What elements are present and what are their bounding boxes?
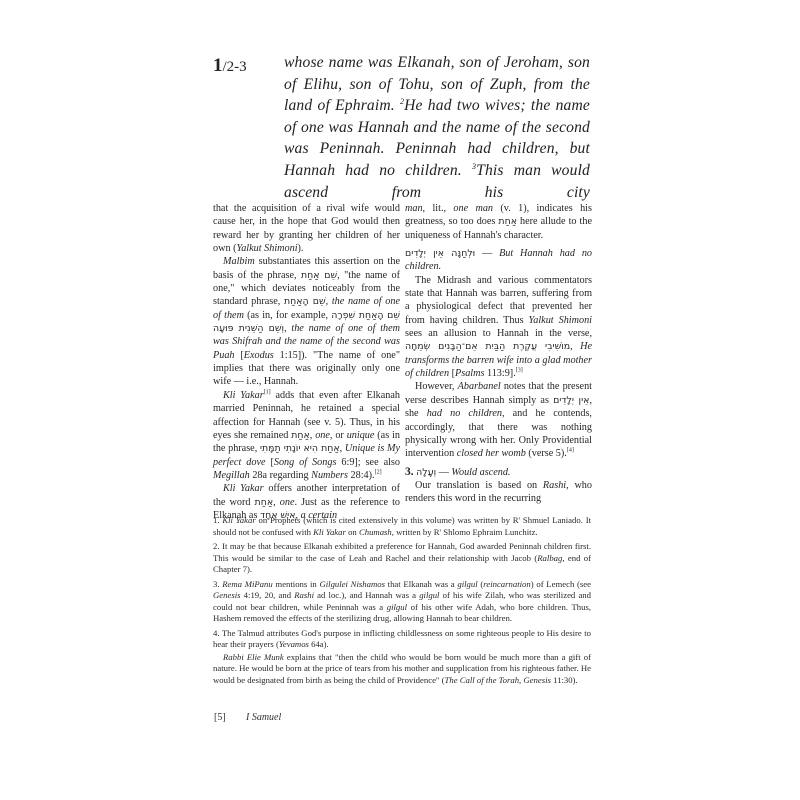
text-span: 11:30).: [551, 675, 578, 685]
text-span: gilgul: [457, 579, 477, 589]
commentary-column-left: that the acquisition of a rival wife wou…: [213, 202, 400, 522]
commentary-paragraph: Kli Yakar[1] adds that even after Elkana…: [213, 389, 400, 482]
footnote-ref[interactable]: [2]: [375, 469, 382, 475]
text-span: 113:9].: [484, 368, 515, 379]
text-span: gilgul: [419, 590, 439, 600]
text-span: It may be that because Elkanah exhibited…: [213, 541, 591, 563]
text-span: Malbim: [223, 256, 255, 267]
text-span: Would ascend.: [451, 467, 510, 478]
text-span: , or: [330, 430, 347, 441]
text-span: —: [475, 248, 499, 259]
footnote-4-continuation: Rabbi Elie Munk explains that "then the …: [213, 652, 591, 687]
text-span: [: [265, 457, 273, 468]
text-span: 1.: [213, 515, 222, 525]
footnote-3: 3. Rema MiPanu mentions in Gilgulei Nish…: [213, 579, 591, 625]
footnotes-section: 1. Kli Yakar on Prophets (which is cited…: [213, 515, 591, 689]
text-span: Yevamos: [279, 639, 309, 649]
text-span: Gilgulei Nishamos: [319, 579, 384, 589]
text-span: Abarbanel: [458, 381, 501, 392]
footnote-4: 4. The Talmud attributes God's purpose i…: [213, 628, 591, 651]
text-span: ad loc.), and Hannah was a: [314, 590, 419, 600]
text-span: gilgul: [387, 602, 407, 612]
text-span: אַחַת: [498, 216, 517, 227]
text-span: Song of Songs: [274, 457, 337, 468]
text-span: Chumash: [359, 527, 392, 537]
text-span: that Elkanah was a: [385, 579, 457, 589]
text-span: reincarnation: [483, 579, 530, 589]
text-span: Kli Yakar: [222, 515, 255, 525]
book-page: 1/2-3 whose name was Elkanah, son of Jer…: [0, 0, 800, 800]
text-span: (verse 5).: [526, 448, 567, 459]
footnote-2: 2. It may be that because Elkanah exhibi…: [213, 541, 591, 576]
text-span: —: [436, 467, 451, 478]
lemma-heading: 3. וְעָלָה — Would ascend.: [405, 466, 592, 479]
commentary-paragraph: However, Abarbanel notes that the presen…: [405, 380, 592, 460]
verse-translation: whose name was Elkanah, son of Jeroham, …: [284, 52, 590, 203]
commentary-paragraph: The Midrash and various commentators sta…: [405, 274, 592, 381]
text-span: The Talmud attributes God's purpose in i…: [213, 628, 591, 650]
footnote-1: 1. Kli Yakar on Prophets (which is cited…: [213, 515, 591, 538]
text-span: ,: [570, 341, 580, 352]
text-span: one: [315, 430, 330, 441]
text-span: 28a regarding: [250, 470, 311, 481]
text-span: Genesis: [213, 590, 241, 600]
chapter-verse-reference: 1/2-3: [213, 55, 247, 77]
text-span: שֵׁם אַחַת: [301, 270, 337, 281]
text-span: 6:9]; see also: [336, 457, 400, 468]
text-span: אַחַת: [291, 430, 310, 441]
text-span: Rashi: [543, 480, 566, 491]
text-span: (as in, for example,: [244, 310, 331, 321]
text-span: וּלְחַנָּה אֵין יְלָדִים: [405, 248, 475, 259]
commentary-column-right: man, lit., one man (v. 1), indicates his…: [405, 202, 592, 506]
text-span: , written by R' Shlomo Ephraim Lunchitz.: [392, 527, 538, 537]
text-span: one man: [453, 203, 493, 214]
text-span: ) of Lemech (see: [531, 579, 591, 589]
chapter-number: 1: [213, 55, 223, 76]
text-span: The Call of the Torah, Genesis: [445, 675, 551, 685]
text-span: מוֹשִׁיבִי עֲקֶרֶת הַבַּיִת אֵם־הַבָּנִי…: [405, 341, 570, 352]
text-span: Rashi: [294, 590, 314, 600]
text-span: sees an allusion to Hannah in the verse,: [405, 328, 592, 339]
text-span: אַחַת: [255, 497, 274, 508]
verse-range: /2-3: [223, 59, 247, 75]
text-span: man: [405, 203, 423, 214]
text-span: Kli Yakar: [313, 527, 346, 537]
text-span: , lit.,: [423, 203, 454, 214]
running-title: I Samuel: [246, 712, 281, 723]
text-span: שֵׁם הָאַחַת: [284, 296, 326, 307]
text-span: Kli Yakar: [223, 483, 264, 494]
text-span: 3.: [213, 579, 222, 589]
text-span: on: [346, 527, 359, 537]
text-span: closed her womb: [457, 448, 526, 459]
text-span: Megillah: [213, 470, 250, 481]
text-span: had no children: [427, 408, 502, 419]
text-span: 3.: [405, 466, 414, 478]
text-span: mentions in: [273, 579, 320, 589]
text-span: Psalms: [455, 368, 484, 379]
text-span: [: [235, 350, 244, 361]
lemma-heading: וּלְחַנָּה אֵין יְלָדִים — But Hannah ha…: [405, 247, 592, 274]
text-span: Yalkut Shimoni: [236, 243, 297, 254]
text-span: 4.: [213, 628, 222, 638]
text-span: Yalkut Shimoni: [529, 315, 592, 326]
text-span: 2.: [213, 541, 222, 551]
footnote-ref[interactable]: [1]: [264, 389, 271, 395]
footnote-ref[interactable]: [3]: [516, 368, 523, 374]
page-number: [5]: [214, 712, 226, 723]
commentary-paragraph: Malbim substantiates this assertion on t…: [213, 255, 400, 388]
text-span: ).: [298, 243, 304, 254]
commentary-paragraph: man, lit., one man (v. 1), indicates his…: [405, 202, 592, 242]
text-span: Numbers: [311, 470, 348, 481]
text-span: Our translation is based on: [415, 480, 543, 491]
text-span: Rema MiPanu: [222, 579, 272, 589]
text-span: one: [280, 497, 295, 508]
text-span: 28:4).: [348, 470, 375, 481]
text-span: אַחַת הִיא יוֹנָתִי תַמָּתִי: [260, 443, 340, 454]
text-span: אֵין יְלָדִים: [553, 395, 589, 406]
text-span: Ralbag: [537, 553, 562, 563]
text-span: ,: [273, 497, 280, 508]
footnote-ref[interactable]: [4]: [567, 448, 574, 454]
text-span: 64a).: [309, 639, 329, 649]
text-span: unique: [347, 430, 375, 441]
text-span: וְעָלָה: [416, 467, 436, 478]
text-span: However,: [415, 381, 458, 392]
text-span: Exodus: [244, 350, 274, 361]
text-span: Kli Yakar: [223, 390, 264, 401]
text-span: Rabbi Elie Munk: [223, 652, 284, 662]
commentary-paragraph: Our translation is based on Rashi, who r…: [405, 479, 592, 506]
text-span: 4:19, 20, and: [241, 590, 295, 600]
commentary-paragraph: that the acquisition of a rival wife wou…: [213, 202, 400, 255]
